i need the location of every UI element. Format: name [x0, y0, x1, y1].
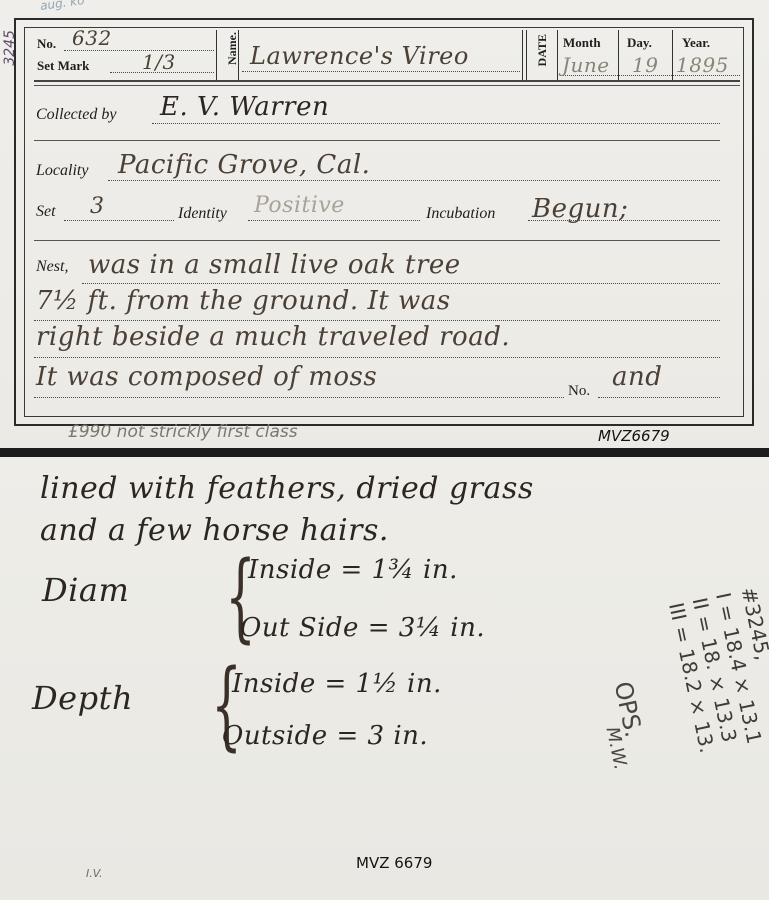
name-divider-left: [216, 30, 217, 80]
header-separator: [34, 80, 740, 82]
identity-dotline: [248, 220, 420, 221]
year-value: 1895: [676, 53, 729, 77]
no-value: 632: [72, 26, 112, 50]
bottom-catalog-mark: MVZ 6679: [356, 854, 432, 872]
date-divider-1: [522, 30, 523, 80]
side-notes: #3245, I = 18.4 × 13.1 II = 18. × 13.3 I…: [664, 585, 769, 756]
locality-label: Locality: [36, 162, 88, 180]
nest-label: Nest,: [36, 258, 68, 276]
locality-value: Pacific Grove, Cal.: [118, 150, 370, 180]
month-value: June: [562, 53, 610, 77]
depth-label: Depth: [32, 679, 133, 717]
nest-dotline-4: [34, 397, 564, 398]
depth-inside: Inside = 1½ in.: [232, 669, 442, 699]
bottom-left-mark: I.V.: [86, 867, 103, 880]
egg-card-front: aug. ko 3245 No. 632 Set Mark 1/3 Name. …: [0, 0, 769, 450]
pencil-note: £990 not strickly first class: [68, 422, 298, 442]
day-divider: [672, 30, 673, 80]
identity-value: Positive: [254, 193, 345, 218]
collected-by-label: Collected by: [36, 106, 116, 124]
no-label: No.: [37, 36, 56, 52]
diam-outside: Out Side = 3¼ in.: [240, 613, 485, 643]
nest-line-4: It was composed of moss: [36, 362, 377, 392]
nest-line-3: right beside a much traveled road.: [36, 322, 510, 352]
card-divider: [0, 448, 769, 457]
date-divider-3: [557, 30, 558, 80]
locality-dotline: [108, 180, 720, 181]
set-mark-label: Set Mark: [37, 58, 89, 74]
set-mark-value: 1/3: [142, 50, 176, 74]
row-rule-1: [34, 140, 720, 141]
diam-inside: Inside = 1¾ in.: [248, 555, 458, 585]
collected-by-value: E. V. Warren: [160, 92, 329, 122]
nest-dotline-2: [34, 320, 720, 321]
year-label: Year.: [682, 35, 710, 51]
catalog-stamp: MVZ6679: [598, 427, 670, 445]
header-under-rule: [34, 85, 740, 86]
no-dotline: [64, 50, 214, 51]
set-label: Set: [36, 203, 56, 221]
nest-tail-value: and: [612, 362, 662, 392]
corner-blue-note: aug. ko: [39, 0, 85, 13]
day-value: 19: [632, 53, 658, 77]
month-label: Month: [563, 35, 601, 51]
nest-line-1: was in a small live oak tree: [88, 250, 461, 280]
species-name-value: Lawrence's Vireo: [250, 42, 469, 70]
incubation-label: Incubation: [426, 205, 495, 223]
row-rule-2: [34, 240, 720, 241]
name-dotline: [242, 71, 520, 72]
set-value: 3: [90, 194, 105, 219]
date-label: DATE: [535, 34, 550, 66]
month-divider: [618, 30, 619, 80]
collected-by-dotline: [152, 123, 720, 124]
diam-label: Diam: [42, 571, 129, 609]
back-line-2: and a few horse hairs.: [40, 513, 389, 548]
nest-line-2: 7½ ft. from the ground. It was: [36, 286, 451, 316]
nest-dotline-3: [34, 357, 720, 358]
back-line-1: lined with feathers, dried grass: [40, 471, 534, 506]
incubation-value: Begun;: [532, 194, 628, 224]
depth-outside: Outside = 3 in.: [222, 721, 428, 751]
no-inline-dotline: [598, 397, 720, 398]
egg-card-back: lined with feathers, dried grass and a f…: [0, 457, 769, 900]
day-label: Day.: [627, 35, 652, 51]
identity-label: Identity: [178, 205, 227, 223]
date-divider-2: [526, 30, 527, 80]
nest-dotline-1: [82, 283, 720, 284]
set-dotline: [64, 220, 174, 221]
no-inline-label: No.: [568, 383, 590, 400]
name-divider-right: [238, 30, 239, 80]
